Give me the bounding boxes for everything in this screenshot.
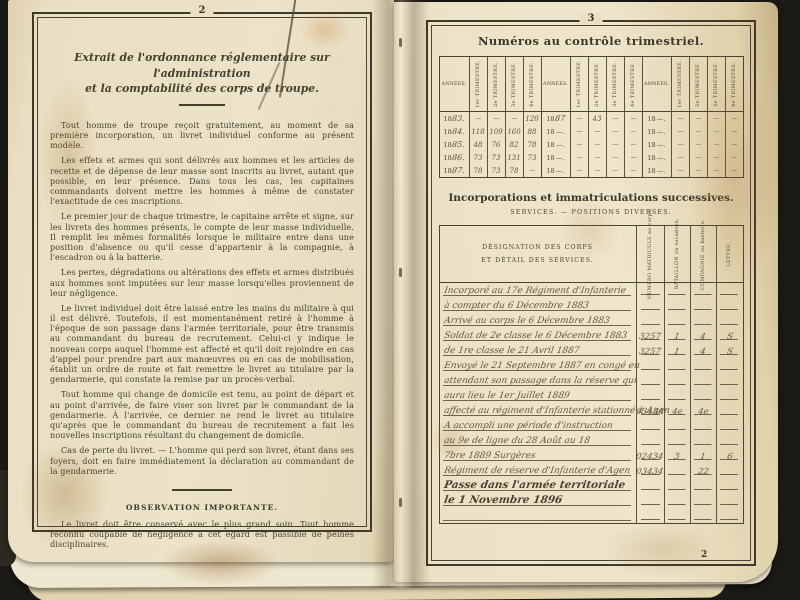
service-entry-cell: aura lieu le 1er Juillet 1889 <box>440 388 636 403</box>
value-cell: 73 <box>487 151 505 164</box>
value-cell: — <box>689 151 707 164</box>
service-value-cell <box>690 418 716 433</box>
service-value-cell <box>690 298 716 313</box>
value-cell: 120 <box>523 112 541 125</box>
service-value-cell: 03434 <box>636 463 664 478</box>
handwritten-entry: 03434 <box>636 467 665 478</box>
value-cell: 73 <box>523 151 541 164</box>
handwritten-entry: 02434 <box>636 452 665 463</box>
service-value-cell <box>690 388 716 403</box>
service-value-cell: 6 <box>716 448 743 463</box>
col-header-label: 4e TRIMESTRE. <box>631 62 636 107</box>
handwritten-year: 86. <box>451 153 465 162</box>
handwritten-entry: au 9e de ligne du 28 Août au 18 <box>443 436 591 448</box>
service-value-cell: 3257 <box>636 328 664 343</box>
paragraph: Tout homme de troupe reçoit gratuitement… <box>50 120 354 151</box>
printed-year-prefix: 18 <box>647 154 655 162</box>
year-cell: 18 —. <box>541 164 570 177</box>
service-value-cell <box>636 313 664 328</box>
service-value-cell <box>664 463 690 478</box>
printed-year-prefix: 18 <box>546 115 554 123</box>
handwritten-entry: 4 <box>699 332 706 343</box>
blank-year-dash: —. <box>656 167 666 175</box>
service-value-cell <box>664 298 690 313</box>
service-entry-cell: au 9e de ligne du 28 Août au 18 <box>440 433 636 448</box>
year-cell: 1883. <box>440 112 469 125</box>
value-cell: — <box>725 138 743 151</box>
col-header-label: 2e TRIMESTRE. <box>595 62 600 107</box>
col-header-label: 3e TRIMESTRE. <box>512 62 517 107</box>
value-cell: 43 <box>588 112 606 125</box>
service-entry-cell: Arrivé au corps le 6 Décembre 1883 <box>440 313 636 328</box>
col-header-label: 1er TRIMESTRE. <box>476 60 481 108</box>
printed-year-prefix: 18 <box>546 128 554 136</box>
value-cell: 82 <box>505 138 523 151</box>
col-header-trimestre: 4e TRIMESTRE. <box>725 57 743 112</box>
paragraph: Le livret individuel doit être laissé en… <box>50 303 354 385</box>
handwritten-entry: S <box>726 347 734 358</box>
handwritten-entry: 3257 <box>638 332 661 343</box>
service-value-cell <box>690 433 716 448</box>
service-value-cell <box>636 433 664 448</box>
service-value-cell <box>716 433 743 448</box>
value-cell: — <box>689 138 707 151</box>
col-header-label: LETTRE. <box>727 242 732 267</box>
year-cell: 18 —. <box>642 151 671 164</box>
value-cell: — <box>624 112 642 125</box>
value-cell: 118 <box>469 125 487 138</box>
value-cell: — <box>671 164 689 177</box>
year-cell: 18 —. <box>541 151 570 164</box>
handwritten-entry: 4e <box>671 407 683 418</box>
binding-stitch <box>399 498 402 507</box>
service-value-cell <box>636 493 664 508</box>
year-cell: 1886. <box>440 151 469 164</box>
book-scan-photo: 2 Extrait de l'ordonnance réglementaire … <box>0 0 800 600</box>
value-cell: 73 <box>487 164 505 177</box>
year-cell: 1885. <box>440 138 469 151</box>
left-page-content: Extrait de l'ordonnance réglementaire su… <box>50 24 354 520</box>
printed-year-prefix: 18 <box>647 115 655 123</box>
service-value-cell <box>716 478 743 493</box>
value-cell: — <box>725 112 743 125</box>
handwritten-entry: attendant son passage dans la réserve qu… <box>443 376 637 388</box>
service-value-cell: 4 <box>690 343 716 358</box>
value-cell: — <box>606 125 624 138</box>
service-value-cell <box>636 508 664 523</box>
handwritten-entry: Arrivé au corps le 6 Décembre 1883 <box>443 316 610 328</box>
value-cell: — <box>624 125 642 138</box>
col-header-label: COMPAGNIE ou batterie. <box>701 219 706 290</box>
value-cell: — <box>588 138 606 151</box>
handwritten-entry: Passe dans l'armée territoriale <box>442 479 625 493</box>
service-entry-cell: à compter du 6 Décembre 1883 <box>440 298 636 313</box>
service-value-cell <box>636 373 664 388</box>
printed-year-prefix: 18 <box>647 141 655 149</box>
blank-year-dash: —. <box>555 154 565 162</box>
value-cell: 78 <box>523 138 541 151</box>
handwritten-entry: de 1re classe le 21 Avril 1887 <box>443 346 580 358</box>
service-value-cell <box>716 298 743 313</box>
value-cell: — <box>570 125 588 138</box>
value-cell: 131 <box>505 151 523 164</box>
printed-year-prefix: 18 <box>546 167 554 175</box>
value-cell: 78 <box>469 164 487 177</box>
service-entry-cell: Passe dans l'armée territoriale <box>440 478 636 493</box>
handwritten-entry: le 1 Novembre 1896 <box>442 494 562 508</box>
service-entry-cell: Régiment de réserve d'Infanterie d'Agen <box>440 463 636 478</box>
col-header-trimestre: 1er TRIMESTRE. <box>570 57 588 112</box>
ordinance-title-line2: et la comptabilité des corps de troupe. <box>85 82 319 95</box>
ordinance-title: Extrait de l'ordonnance réglementaire su… <box>54 50 350 97</box>
col-header-trimestre: 1er TRIMESTRE. <box>671 57 689 112</box>
col-header-label: 1er TRIMESTRE. <box>678 60 683 108</box>
col-header-compagnie: COMPAGNIE ou batterie. <box>690 226 716 283</box>
value-cell: — <box>505 112 523 125</box>
col-header-label: 4e TRIMESTRE. <box>530 62 535 107</box>
service-entry-cell: le 1 Novembre 1896 <box>440 493 636 508</box>
value-cell: — <box>523 164 541 177</box>
handwritten-year: 87. <box>451 166 465 175</box>
col-header-label: 3e TRIMESTRE. <box>613 62 618 107</box>
printed-year-prefix: 18 <box>443 115 451 123</box>
col-header-lettre: LETTRE. <box>716 226 743 283</box>
value-cell: — <box>606 112 624 125</box>
value-cell: — <box>588 164 606 177</box>
handwritten-entry: Régiment de réserve d'Infanterie d'Agen <box>443 466 631 478</box>
year-cell: 18 —. <box>642 138 671 151</box>
col-header-label: ANNÉES. <box>442 82 467 87</box>
services-table: DÉSIGNATION DES CORPS ET DÉTAIL DES SERV… <box>439 225 744 524</box>
year-cell: 18 —. <box>541 138 570 151</box>
handwritten-entry: A accompli une période d'instruction <box>443 421 613 433</box>
value-cell: — <box>570 151 588 164</box>
col-header-label: BATAILLON ou escadron. <box>675 218 680 289</box>
service-value-cell <box>664 358 690 373</box>
value-cell: — <box>606 151 624 164</box>
year-cell: 18 —. <box>642 112 671 125</box>
handwritten-entry: S <box>726 332 734 343</box>
col-header-label: ANNÉES. <box>543 82 568 87</box>
service-value-cell: 02434 <box>636 448 664 463</box>
value-cell: — <box>671 138 689 151</box>
value-cell: — <box>624 138 642 151</box>
service-value-cell <box>636 418 664 433</box>
value-cell: 160 <box>505 125 523 138</box>
service-value-cell <box>636 298 664 313</box>
col-header-label: 3e TRIMESTRE. <box>714 62 719 107</box>
blank-year-dash: —. <box>555 141 565 149</box>
service-value-cell <box>690 508 716 523</box>
service-value-cell <box>716 358 743 373</box>
value-cell: — <box>707 112 725 125</box>
handwritten-entry: 1 <box>699 452 706 463</box>
value-cell: — <box>588 151 606 164</box>
col-header-trimestre: 2e TRIMESTRE. <box>689 57 707 112</box>
service-value-cell <box>716 388 743 403</box>
value-cell: — <box>725 151 743 164</box>
col-header-label: NUMÉRO MATRICULE au corps. <box>648 208 653 299</box>
value-cell: 109 <box>487 125 505 138</box>
service-value-cell <box>636 388 664 403</box>
handwritten-entry: Envoyé le 21 Septembre 1887 en congé en <box>443 361 640 373</box>
service-entry-cell: de 1re classe le 21 Avril 1887 <box>440 343 636 358</box>
col-header-designation: DÉSIGNATION DES CORPS ET DÉTAIL DES SERV… <box>440 226 636 283</box>
printed-year-prefix: 18 <box>647 128 655 136</box>
value-cell: 88 <box>523 125 541 138</box>
handwritten-entry: 1 <box>673 332 680 343</box>
service-value-cell <box>716 493 743 508</box>
handwritten-year: 87 <box>554 114 565 123</box>
value-cell: — <box>725 164 743 177</box>
service-value-cell <box>664 313 690 328</box>
col-header-trimestre: 4e TRIMESTRE. <box>624 57 642 112</box>
value-cell: 78 <box>505 164 523 177</box>
value-cell: — <box>671 112 689 125</box>
value-cell: — <box>707 125 725 138</box>
paragraph: Cas de perte du livret. — L'homme qui pe… <box>50 445 354 476</box>
service-entry-cell: attendant son passage dans la réserve qu… <box>440 373 636 388</box>
service-entry-cell <box>440 508 636 523</box>
value-cell: — <box>689 125 707 138</box>
value-cell: — <box>671 151 689 164</box>
value-cell: — <box>624 164 642 177</box>
handwritten-entry: 3 <box>673 452 680 463</box>
value-cell: — <box>570 112 588 125</box>
printed-year-prefix: 18 <box>443 154 451 162</box>
service-entry-cell: Incorporé au 17e Régiment d'Infanterie <box>440 283 636 298</box>
left-page: 2 Extrait de l'ordonnance réglementaire … <box>8 0 394 562</box>
ordinance-title-line1: Extrait de l'ordonnance réglementaire su… <box>74 51 329 80</box>
value-cell: — <box>588 125 606 138</box>
service-entry-cell: affecté au régiment d'Infanterie station… <box>440 403 636 418</box>
handwritten-entry: 6 <box>726 452 733 463</box>
services-table-subtitle: SERVICES. — POSITIONS DIVERSES. <box>433 208 749 216</box>
handwritten-entry: 7bre 1889 Surgères <box>443 451 536 463</box>
service-value-cell: S <box>716 328 743 343</box>
value-cell: — <box>624 151 642 164</box>
blank-year-dash: —. <box>656 154 666 162</box>
service-value-cell: 1 <box>664 343 690 358</box>
year-cell: 1884. <box>440 125 469 138</box>
handwritten-entry: 3257 <box>638 347 661 358</box>
year-cell: 18 —. <box>642 164 671 177</box>
handwritten-entry: 4e <box>697 407 709 418</box>
paragraph: Le premier jour de chaque trimestre, le … <box>50 211 354 262</box>
col-header-label: ANNÉES. <box>644 82 669 87</box>
printed-year-prefix: 18 <box>546 141 554 149</box>
service-value-cell <box>716 373 743 388</box>
value-cell: — <box>671 125 689 138</box>
handwritten-entry: à compter du 6 Décembre 1883 <box>443 301 590 313</box>
service-value-cell <box>690 313 716 328</box>
col-header-trimestre: 3e TRIMESTRE. <box>606 57 624 112</box>
service-value-cell <box>716 508 743 523</box>
service-value-cell <box>664 388 690 403</box>
service-value-cell <box>664 433 690 448</box>
service-value-cell <box>716 283 743 298</box>
blank-year-dash: —. <box>555 128 565 136</box>
left-page-number: 2 <box>191 5 214 16</box>
blank-year-dash: —. <box>555 167 565 175</box>
value-cell: — <box>606 138 624 151</box>
col-header-trimestre: 2e TRIMESTRE. <box>487 57 505 112</box>
blank-year-dash: —. <box>656 115 666 123</box>
service-value-cell: 4e <box>690 403 716 418</box>
service-value-cell <box>690 493 716 508</box>
year-cell: 18 —. <box>642 125 671 138</box>
printed-year-prefix: 18 <box>546 154 554 162</box>
year-cell: 1887 <box>541 112 570 125</box>
service-value-cell: 4 <box>690 328 716 343</box>
observation-divider-rule <box>172 489 232 491</box>
handwritten-year: 85. <box>451 140 465 149</box>
service-value-cell: S <box>716 343 743 358</box>
printed-year-prefix: 18 <box>443 128 451 136</box>
service-value-cell <box>664 493 690 508</box>
service-value-cell <box>716 403 743 418</box>
service-entry-cell: Envoyé le 21 Septembre 1887 en congé en <box>440 358 636 373</box>
year-cell: 1887. <box>440 164 469 177</box>
service-value-cell <box>716 463 743 478</box>
printed-year-prefix: 18 <box>443 167 451 175</box>
paragraph: Les effets et armes qui sont délivrés au… <box>50 155 354 206</box>
handwritten-entry: Incorporé au 17e Régiment d'Infanterie <box>443 286 627 298</box>
service-entry-cell: 7bre 1889 Surgères <box>440 448 636 463</box>
right-page: 3 Numéros au contrôle trimestriel. ANNÉE… <box>394 2 778 582</box>
col-header-trimestre: 3e TRIMESTRE. <box>505 57 523 112</box>
title-divider-rule <box>179 104 225 106</box>
col-header-label: DÉSIGNATION DES CORPS ET DÉTAIL DES SERV… <box>481 241 593 267</box>
value-cell: — <box>689 164 707 177</box>
handwritten-entry: 22 <box>697 467 710 478</box>
col-header-label: 2e TRIMESTRE. <box>494 62 499 107</box>
col-header-matricule: NUMÉRO MATRICULE au corps. <box>636 226 664 283</box>
service-value-cell <box>664 508 690 523</box>
services-table-title: Incorporations et immatriculations succe… <box>433 192 749 204</box>
col-header-label: 1er TRIMESTRE. <box>577 60 582 108</box>
value-cell: — <box>707 151 725 164</box>
value-cell: — <box>707 138 725 151</box>
control-table-title: Numéros au contrôle trimestriel. <box>433 34 749 48</box>
col-header-label: 2e TRIMESTRE. <box>696 62 701 107</box>
service-value-cell <box>664 418 690 433</box>
control-table: ANNÉES.1er TRIMESTRE.2e TRIMESTRE.3e TRI… <box>439 56 744 178</box>
value-cell: 76 <box>487 138 505 151</box>
observation-text: Le livret doit être conservé avec le plu… <box>50 519 354 550</box>
col-header-trimestre: 4e TRIMESTRE. <box>523 57 541 112</box>
service-value-cell <box>664 373 690 388</box>
service-value-cell <box>690 358 716 373</box>
handwritten-entry: Soldat de 2e classe le 6 Décembre 1883 <box>443 331 628 343</box>
col-header-annees: ANNÉES. <box>642 57 671 112</box>
col-header-trimestre: 3e TRIMESTRE. <box>707 57 725 112</box>
handwritten-year: 83. <box>451 114 465 123</box>
right-page-content: Numéros au contrôle trimestriel. ANNÉES.… <box>433 26 749 560</box>
value-cell: — <box>570 164 588 177</box>
service-value-cell: 1 <box>664 328 690 343</box>
value-cell: — <box>469 112 487 125</box>
value-cell: — <box>487 112 505 125</box>
service-value-cell <box>716 313 743 328</box>
left-page-frame: 2 Extrait de l'ordonnance réglementaire … <box>32 12 372 532</box>
col-header-trimestre: 2e TRIMESTRE. <box>588 57 606 112</box>
plate-mark: 2 <box>701 550 707 560</box>
col-header-trimestre: 1er TRIMESTRE. <box>469 57 487 112</box>
value-cell: — <box>606 164 624 177</box>
col-header-annees: ANNÉES. <box>440 57 469 112</box>
service-entry-cell: A accompli une période d'instruction <box>440 418 636 433</box>
service-value-cell: 22 <box>690 463 716 478</box>
col-header-label: 4e TRIMESTRE. <box>732 62 737 107</box>
service-value-cell: 3 <box>664 448 690 463</box>
value-cell: — <box>725 125 743 138</box>
blank-year-dash: —. <box>656 141 666 149</box>
binding-stitch <box>399 38 402 47</box>
observation-heading: OBSERVATION IMPORTANTE. <box>50 503 354 512</box>
value-cell: — <box>570 138 588 151</box>
right-page-number: 3 <box>580 13 603 24</box>
col-header-annees: ANNÉES. <box>541 57 570 112</box>
handwritten-year: 84. <box>451 127 465 136</box>
paragraph: Tout homme qui change de domicile est te… <box>50 389 354 440</box>
right-page-frame: 3 Numéros au contrôle trimestriel. ANNÉE… <box>426 20 756 566</box>
service-value-cell <box>716 418 743 433</box>
col-header-bataillon: BATAILLON ou escadron. <box>664 226 690 283</box>
handwritten-entry: 0343A <box>635 407 665 418</box>
paragraph: Les pertes, dégradations ou altérations … <box>50 267 354 298</box>
value-cell: — <box>707 164 725 177</box>
service-value-cell <box>690 478 716 493</box>
blank-year-dash: —. <box>656 128 666 136</box>
year-cell: 18 —. <box>541 125 570 138</box>
service-entry-cell: Soldat de 2e classe le 6 Décembre 1883 <box>440 328 636 343</box>
value-cell: 48 <box>469 138 487 151</box>
service-value-cell: 1 <box>690 448 716 463</box>
value-cell: 73 <box>469 151 487 164</box>
binding-stitch <box>399 268 402 277</box>
service-value-cell <box>636 478 664 493</box>
handwritten-entry: 4 <box>699 347 706 358</box>
printed-year-prefix: 18 <box>443 141 451 149</box>
handwritten-entry: 1 <box>673 347 680 358</box>
value-cell: — <box>689 112 707 125</box>
service-value-cell <box>664 478 690 493</box>
service-value-cell: 3257 <box>636 343 664 358</box>
service-value-cell <box>690 373 716 388</box>
printed-year-prefix: 18 <box>647 167 655 175</box>
handwritten-entry: aura lieu le 1er Juillet 1889 <box>443 391 570 403</box>
